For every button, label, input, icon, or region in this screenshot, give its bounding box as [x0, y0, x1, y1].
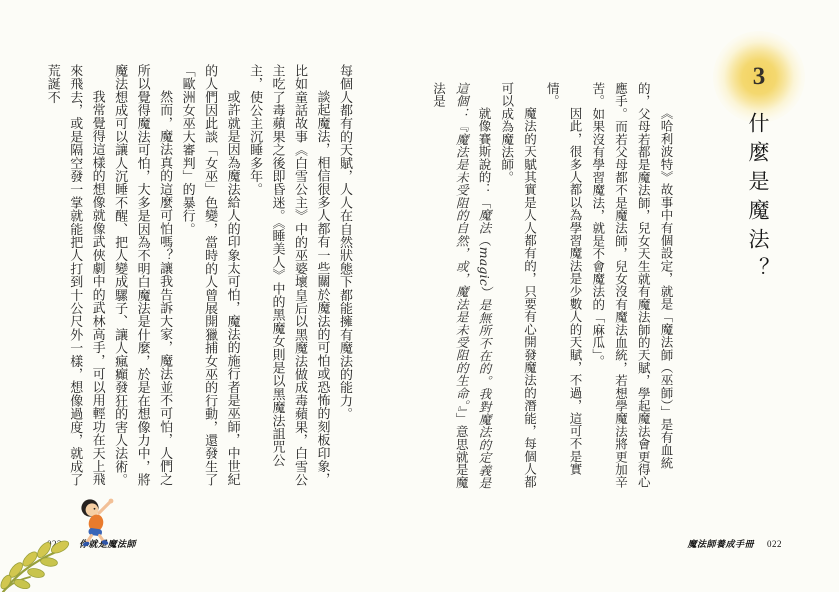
body-text: 談起魔法，相信很多人都有一些關於魔法的可怕或恐怖的刻板印象，比如童話故事《白雪公…: [248, 64, 330, 486]
chapter-number-badge: 3: [713, 31, 805, 123]
body-text: 就像賽斯說的：「: [477, 107, 491, 209]
footer-book-title: 魔法師養成手冊: [687, 537, 754, 550]
body-text: 我常覺得這樣的想像就像武俠劇中的武林高手，可以用輕功在天上飛來飛去，或是隔空發一…: [46, 64, 106, 486]
paragraph: 就像賽斯說的：「魔法（magic）是無所不在的。我對魔法的定義是這個：『魔法是未…: [427, 82, 495, 494]
body-text: 或許就是因為魔法給人的印象太可怕，魔法的施行者是巫師，中世紀的人們因此談「女巫」…: [181, 64, 241, 486]
footer-page-number-right: 022: [767, 539, 782, 549]
body-text: 每個人都有的天賦，人人在自然狀態下都能擁有魔法的能力。: [338, 64, 353, 420]
body-text: 因此，很多人都以為學習魔法是少數人的天賦，不過，這可不是實情。: [545, 82, 582, 475]
body-text: 魔法的天賦其實是人人都有的，只要有心開發魔法的潛能，每個人都可以成為魔法師。: [500, 82, 537, 488]
paragraph: 談起魔法，相信很多人都有一些關於魔法的可怕或恐怖的刻板印象，比如童話故事《白雪公…: [244, 64, 334, 492]
chapter-title: 什麼是魔法？: [743, 112, 773, 286]
jumping-boy-illustration: [78, 496, 118, 548]
chapter-number: 3: [753, 63, 766, 91]
paragraph: 每個人都有的天賦，人人在自然狀態下都能擁有魔法的能力。: [334, 64, 356, 492]
paragraph: 因此，很多人都以為學習魔法是少數人的天賦，不過，這可不是實情。: [541, 82, 587, 494]
footer-right: 魔法師養成手冊 022: [687, 537, 782, 550]
leaf-branch-illustration: [0, 532, 80, 592]
body-text: 然而，魔法真的這麼可怕嗎？讓我告訴大家，魔法並不可怕，人們之所以覺得魔法可怕，大…: [113, 64, 173, 486]
body-text: 《哈利波特》故事中有個設定，就是「魔法師（巫師）」是有血統的，父母若都是魔法師，…: [591, 82, 673, 488]
paragraph: 我常覺得這樣的想像就像武俠劇中的武林高手，可以用輕功在天上飛來飛去，或是隔空發一…: [41, 64, 108, 492]
book-spread: 3 什麼是魔法？ 《哈利波特》故事中有個設定，就是「魔法師（巫師）」是有血統的，…: [0, 0, 839, 592]
page-022-text: 《哈利波特》故事中有個設定，就是「魔法師（巫師）」是有血統的，父母若都是魔法師，…: [427, 82, 677, 494]
paragraph: 魔法的天賦其實是人人都有的，只要有心開發魔法的潛能，每個人都可以成為魔法師。: [495, 82, 541, 494]
paragraph: 或許就是因為魔法給人的印象太可怕，魔法的施行者是巫師，中世紀的人們因此談「女巫」…: [176, 64, 243, 492]
paragraph: 《哈利波特》故事中有個設定，就是「魔法師（巫師）」是有血統的，父母若都是魔法師，…: [586, 82, 677, 494]
paragraph: 然而，魔法真的這麼可怕嗎？讓我告訴大家，魔法並不可怕，人們之所以覺得魔法可怕，大…: [109, 64, 176, 492]
page-023-text: 每個人都有的天賦，人人在自然狀態下都能擁有魔法的能力。談起魔法，相信很多人都有一…: [41, 64, 356, 492]
